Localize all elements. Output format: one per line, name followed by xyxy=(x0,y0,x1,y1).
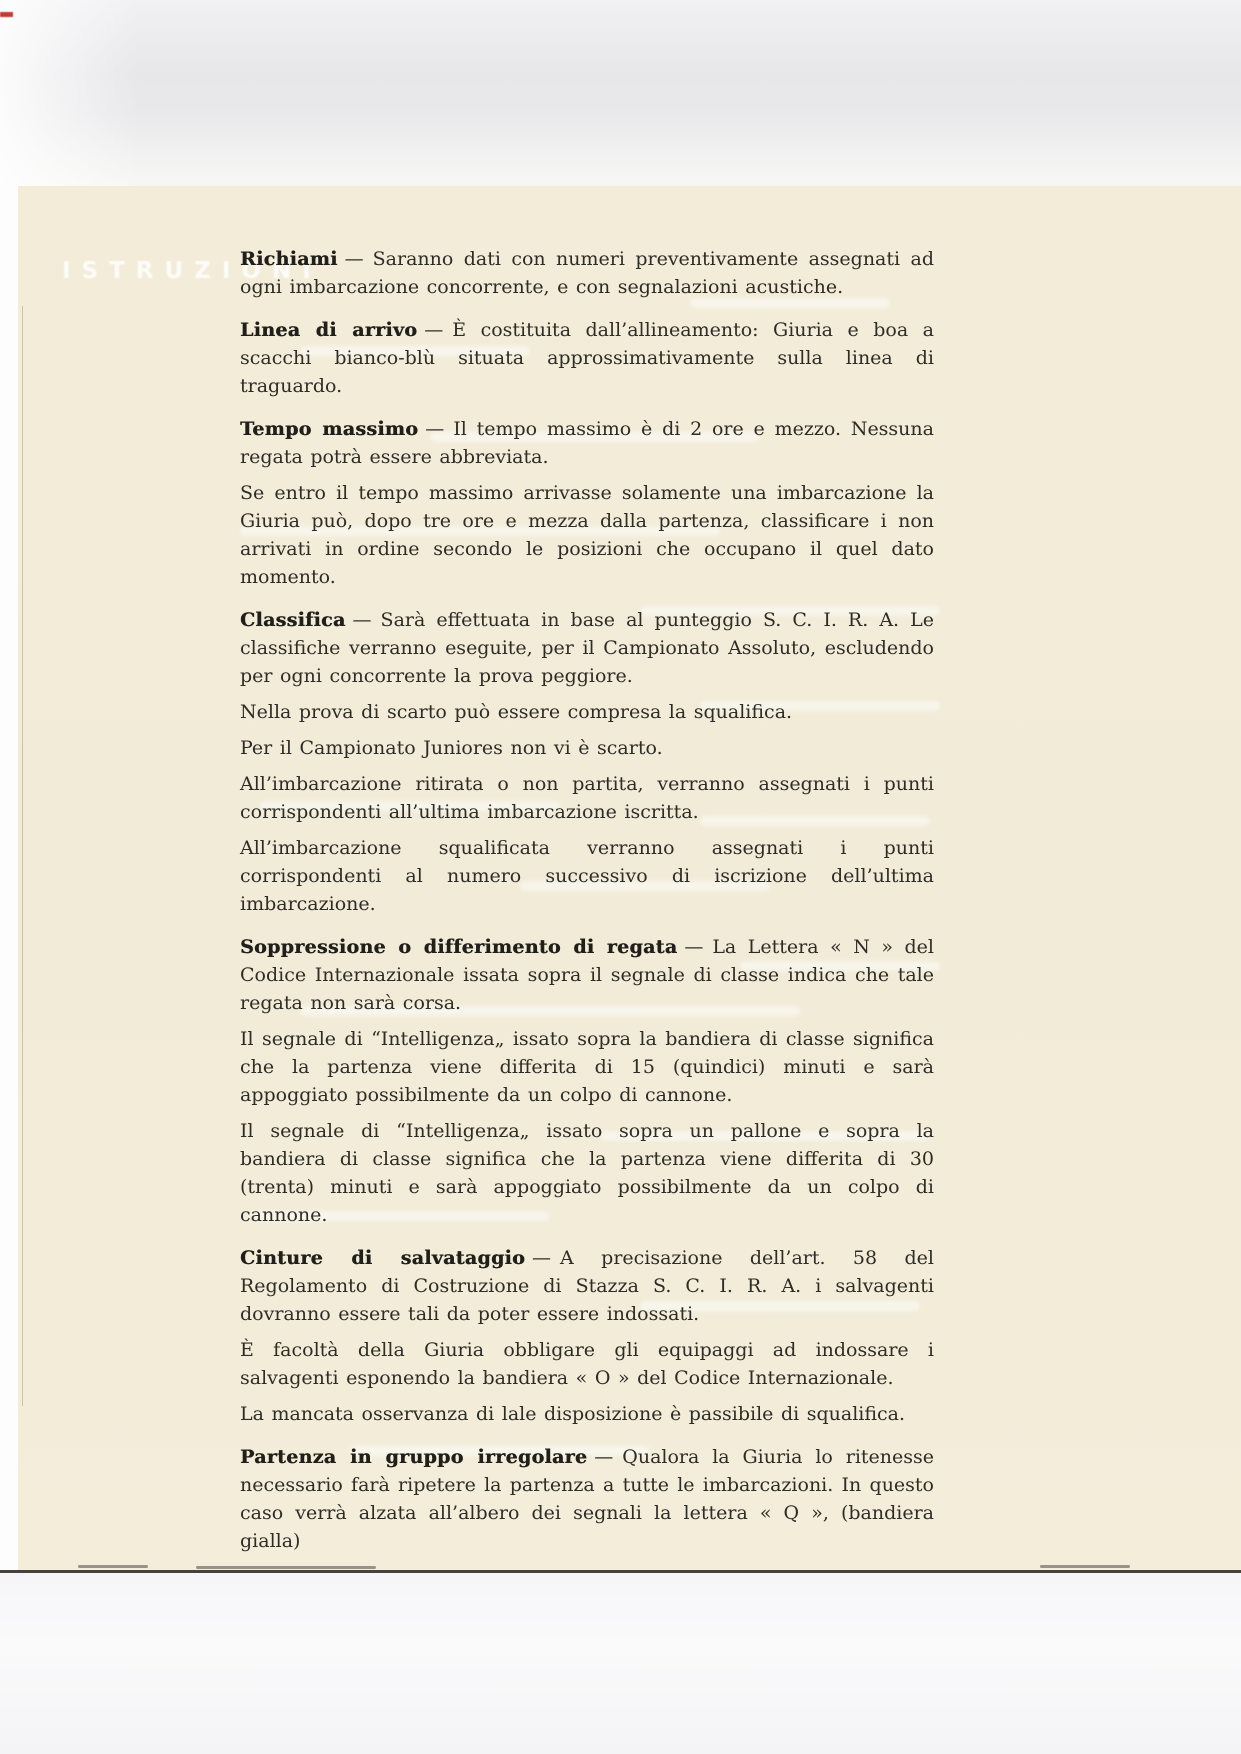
paragraph-text: All’imbarcazione ritirata o non partita,… xyxy=(240,773,934,823)
heading-separator: — xyxy=(532,1247,551,1269)
section-heading: Partenza in gruppo irregolare xyxy=(240,1446,587,1468)
section-heading: Cinture di salvataggio xyxy=(240,1247,525,1269)
heading-separator: — xyxy=(424,319,443,341)
heading-separator: — xyxy=(684,936,703,958)
paragraph: Per il Campionato Juniores non vi è scar… xyxy=(240,734,934,762)
paragraph-text: Il segnale di “Intelligenza„ issato sopr… xyxy=(240,1120,934,1226)
page-edge-dash xyxy=(1040,1565,1130,1568)
paragraph: All’imbarcazione squalificata verranno a… xyxy=(240,834,934,918)
paragraph: Il segnale di “Intelligenza„ issato sopr… xyxy=(240,1025,934,1109)
paragraph: Nella prova di scarto può essere compres… xyxy=(240,698,934,726)
page-edge-dash xyxy=(78,1565,148,1568)
section-heading: Tempo massimo xyxy=(240,418,418,440)
paragraph-text: È facoltà della Giuria obbligare gli equ… xyxy=(240,1339,934,1389)
paragraph-text: La mancata osservanza di lale disposizio… xyxy=(240,1403,905,1425)
paragraph-text: Se entro il tempo massimo arrivasse sola… xyxy=(240,482,934,588)
section-heading: Richiami xyxy=(240,248,338,270)
section-paragraph: Richiami—Saranno dati con numeri prevent… xyxy=(240,245,934,301)
page-edge-dash xyxy=(196,1566,376,1569)
section-heading: Linea di arrivo xyxy=(240,319,417,341)
paragraph: La mancata osservanza di lale disposizio… xyxy=(240,1400,934,1428)
paragraph-text: Il segnale di “Intelligenza„ issato sopr… xyxy=(240,1028,934,1106)
section-heading: Classifica xyxy=(240,609,346,631)
section-paragraph: Cinture di salvataggio—A precisazione de… xyxy=(240,1244,934,1328)
paragraph: Il segnale di “Intelligenza„ issato sopr… xyxy=(240,1117,934,1229)
scan-artifact-red-mark xyxy=(0,12,13,17)
scanner-margin-bottom xyxy=(0,1573,1241,1754)
heading-separator: — xyxy=(345,248,364,270)
section-paragraph: Classifica—Sarà effettuata in base al pu… xyxy=(240,606,934,690)
paragraph-text: All’imbarcazione squalificata verranno a… xyxy=(240,837,934,915)
paragraph-text: Nella prova di scarto può essere compres… xyxy=(240,701,792,723)
paragraph: All’imbarcazione ritirata o non partita,… xyxy=(240,770,934,826)
section-paragraph: Tempo massimo—Il tempo massimo è di 2 or… xyxy=(240,415,934,471)
section-paragraph: Soppressione o differimento di regata—La… xyxy=(240,933,934,1017)
page-fold-line xyxy=(22,306,23,1406)
scanner-margin-top xyxy=(0,0,1241,186)
paragraph: È facoltà della Giuria obbligare gli equ… xyxy=(240,1336,934,1392)
document-page: ISTRUZIONI Richiami—Saranno dati con num… xyxy=(18,186,1241,1572)
heading-separator: — xyxy=(425,418,444,440)
scanned-document: ISTRUZIONI Richiami—Saranno dati con num… xyxy=(0,0,1241,1754)
section-paragraph: Linea di arrivo—È costituita dall’alline… xyxy=(240,316,934,400)
paragraph: Se entro il tempo massimo arrivasse sola… xyxy=(240,479,934,591)
paragraph-text: Per il Campionato Juniores non vi è scar… xyxy=(240,737,663,759)
section-heading: Soppressione o differimento di regata xyxy=(240,936,677,958)
heading-separator: — xyxy=(353,609,372,631)
text-block: Richiami—Saranno dati con numeri prevent… xyxy=(240,230,934,1563)
section-paragraph: Partenza in gruppo irregolare—Qualora la… xyxy=(240,1443,934,1555)
heading-separator: — xyxy=(594,1446,613,1468)
